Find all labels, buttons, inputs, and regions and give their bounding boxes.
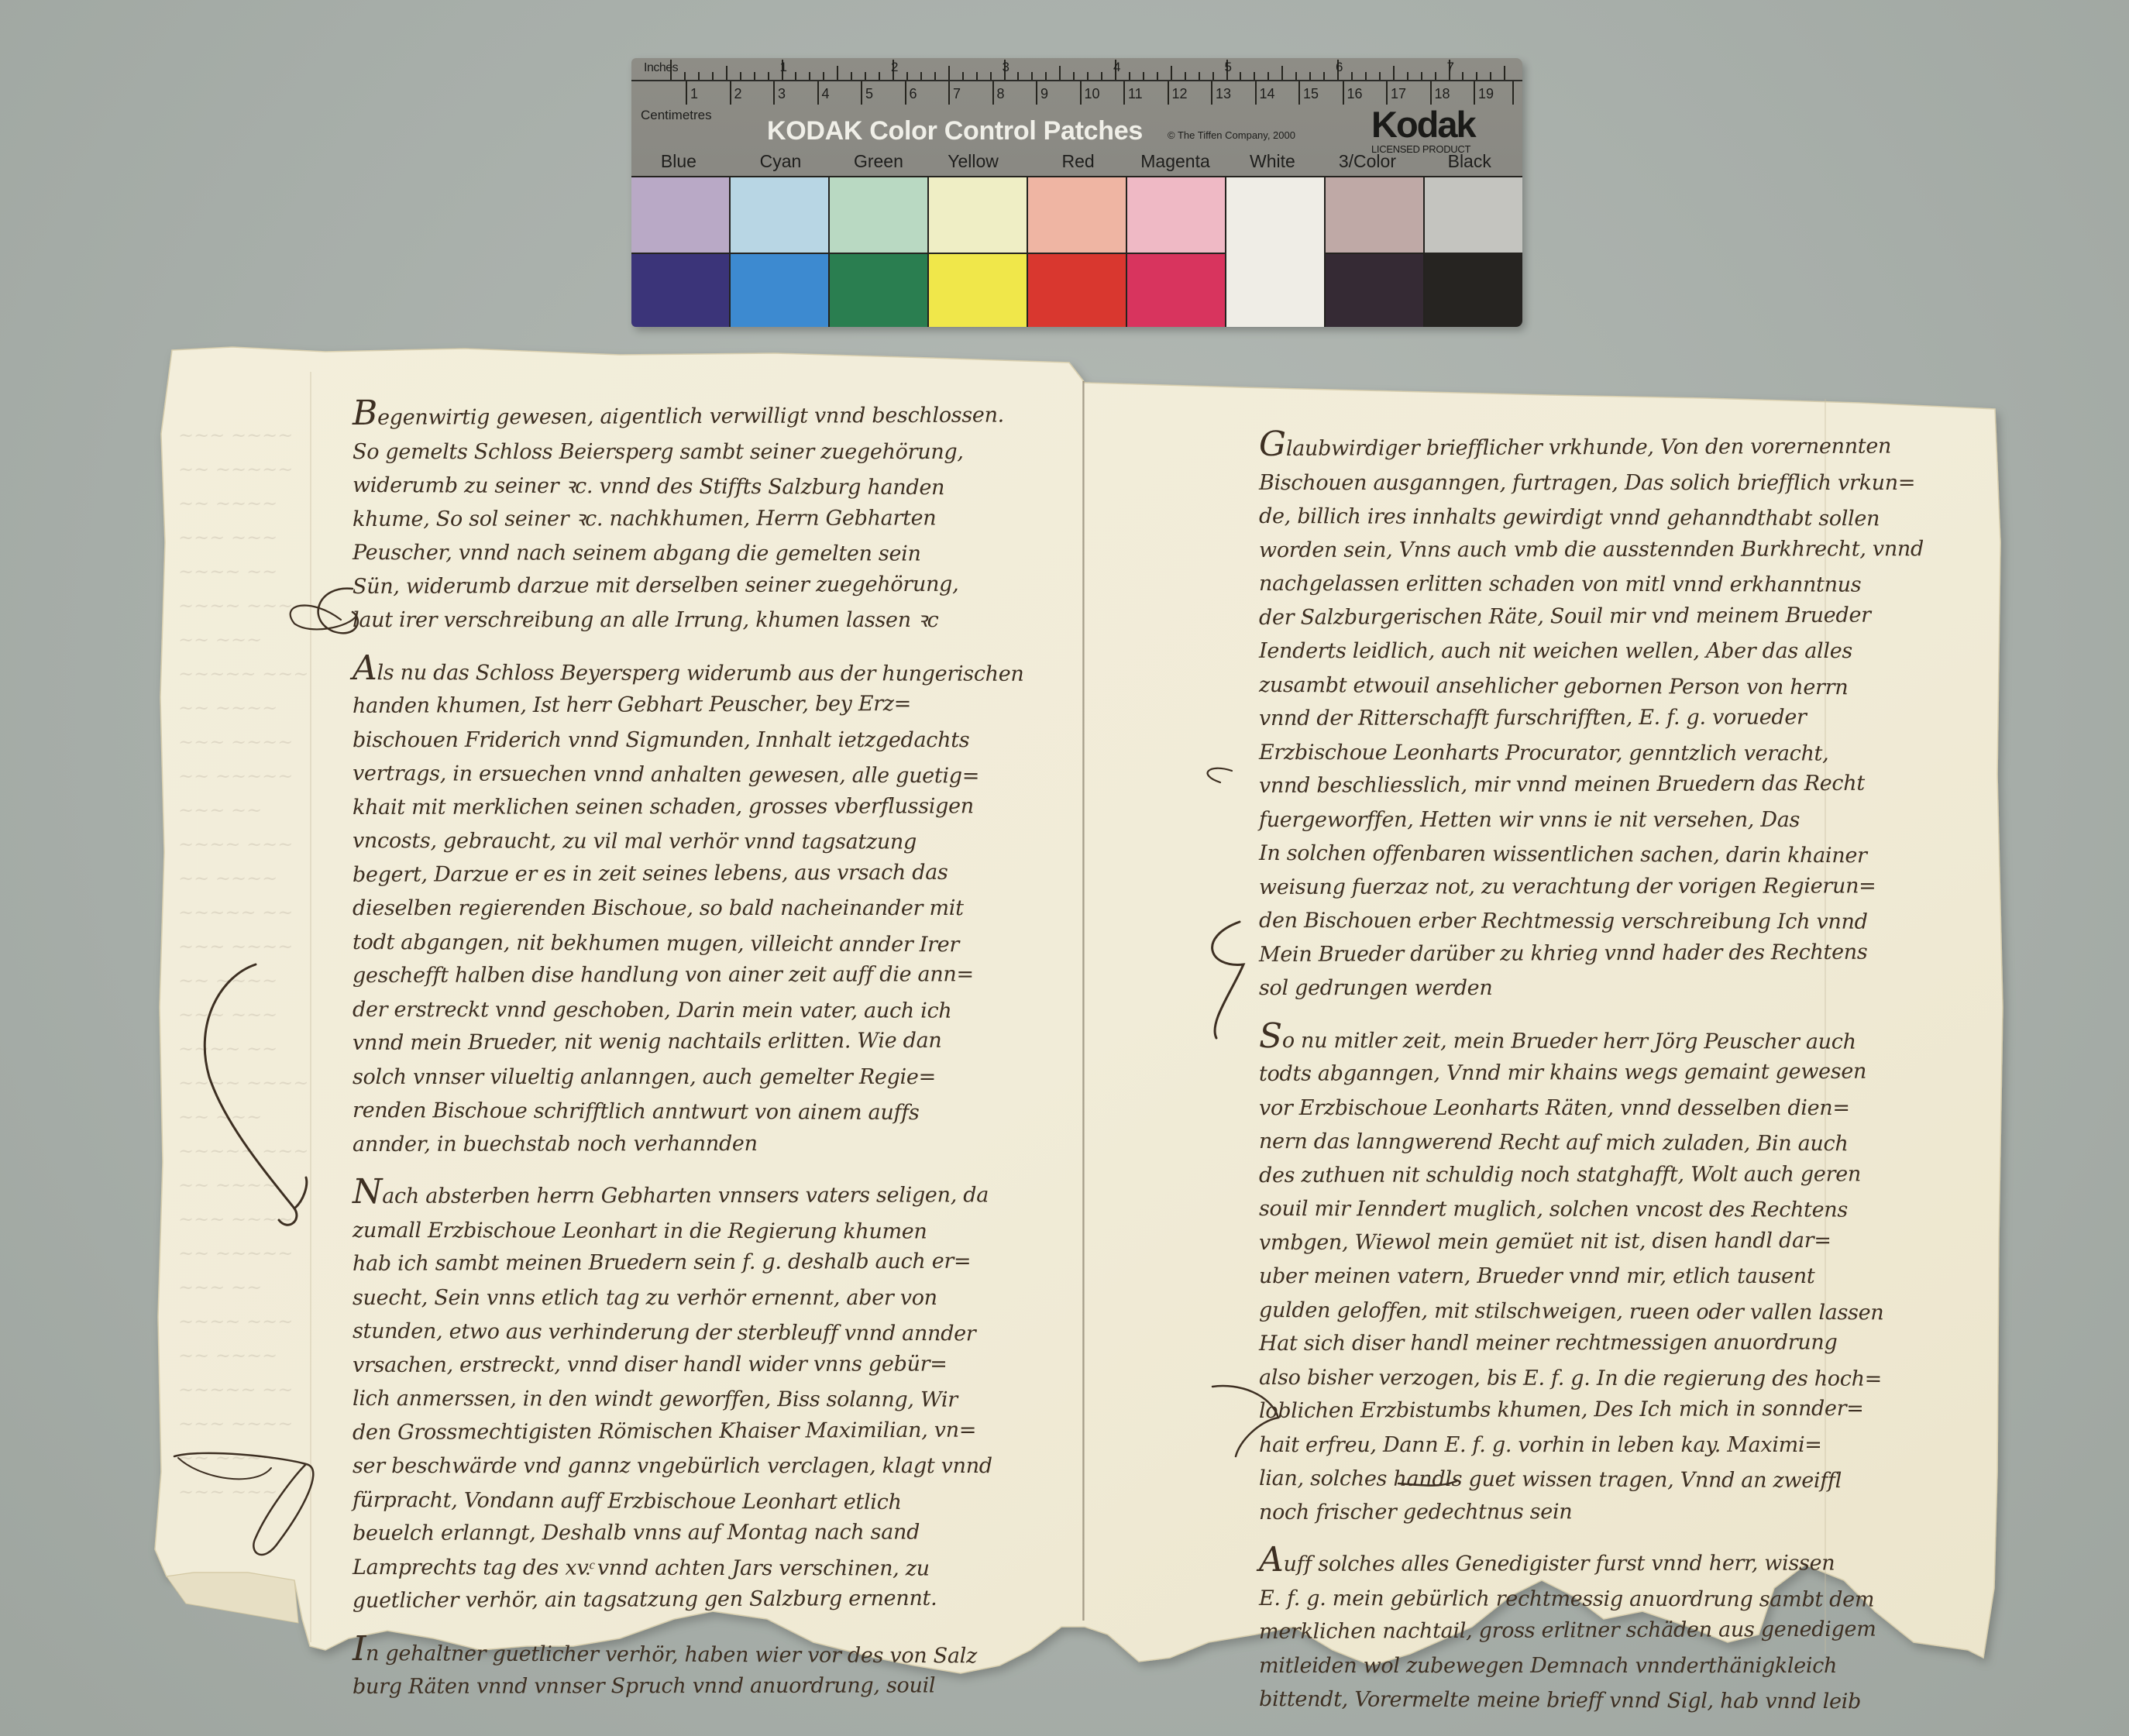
manuscript-sheet: ~~~ ~~~~ ~~ ~~~~~ ~~ ~~~~ ~~~ ~~~ ~~~~ ~… bbox=[0, 0, 2129, 1736]
pen-flourishes bbox=[0, 0, 2129, 1736]
